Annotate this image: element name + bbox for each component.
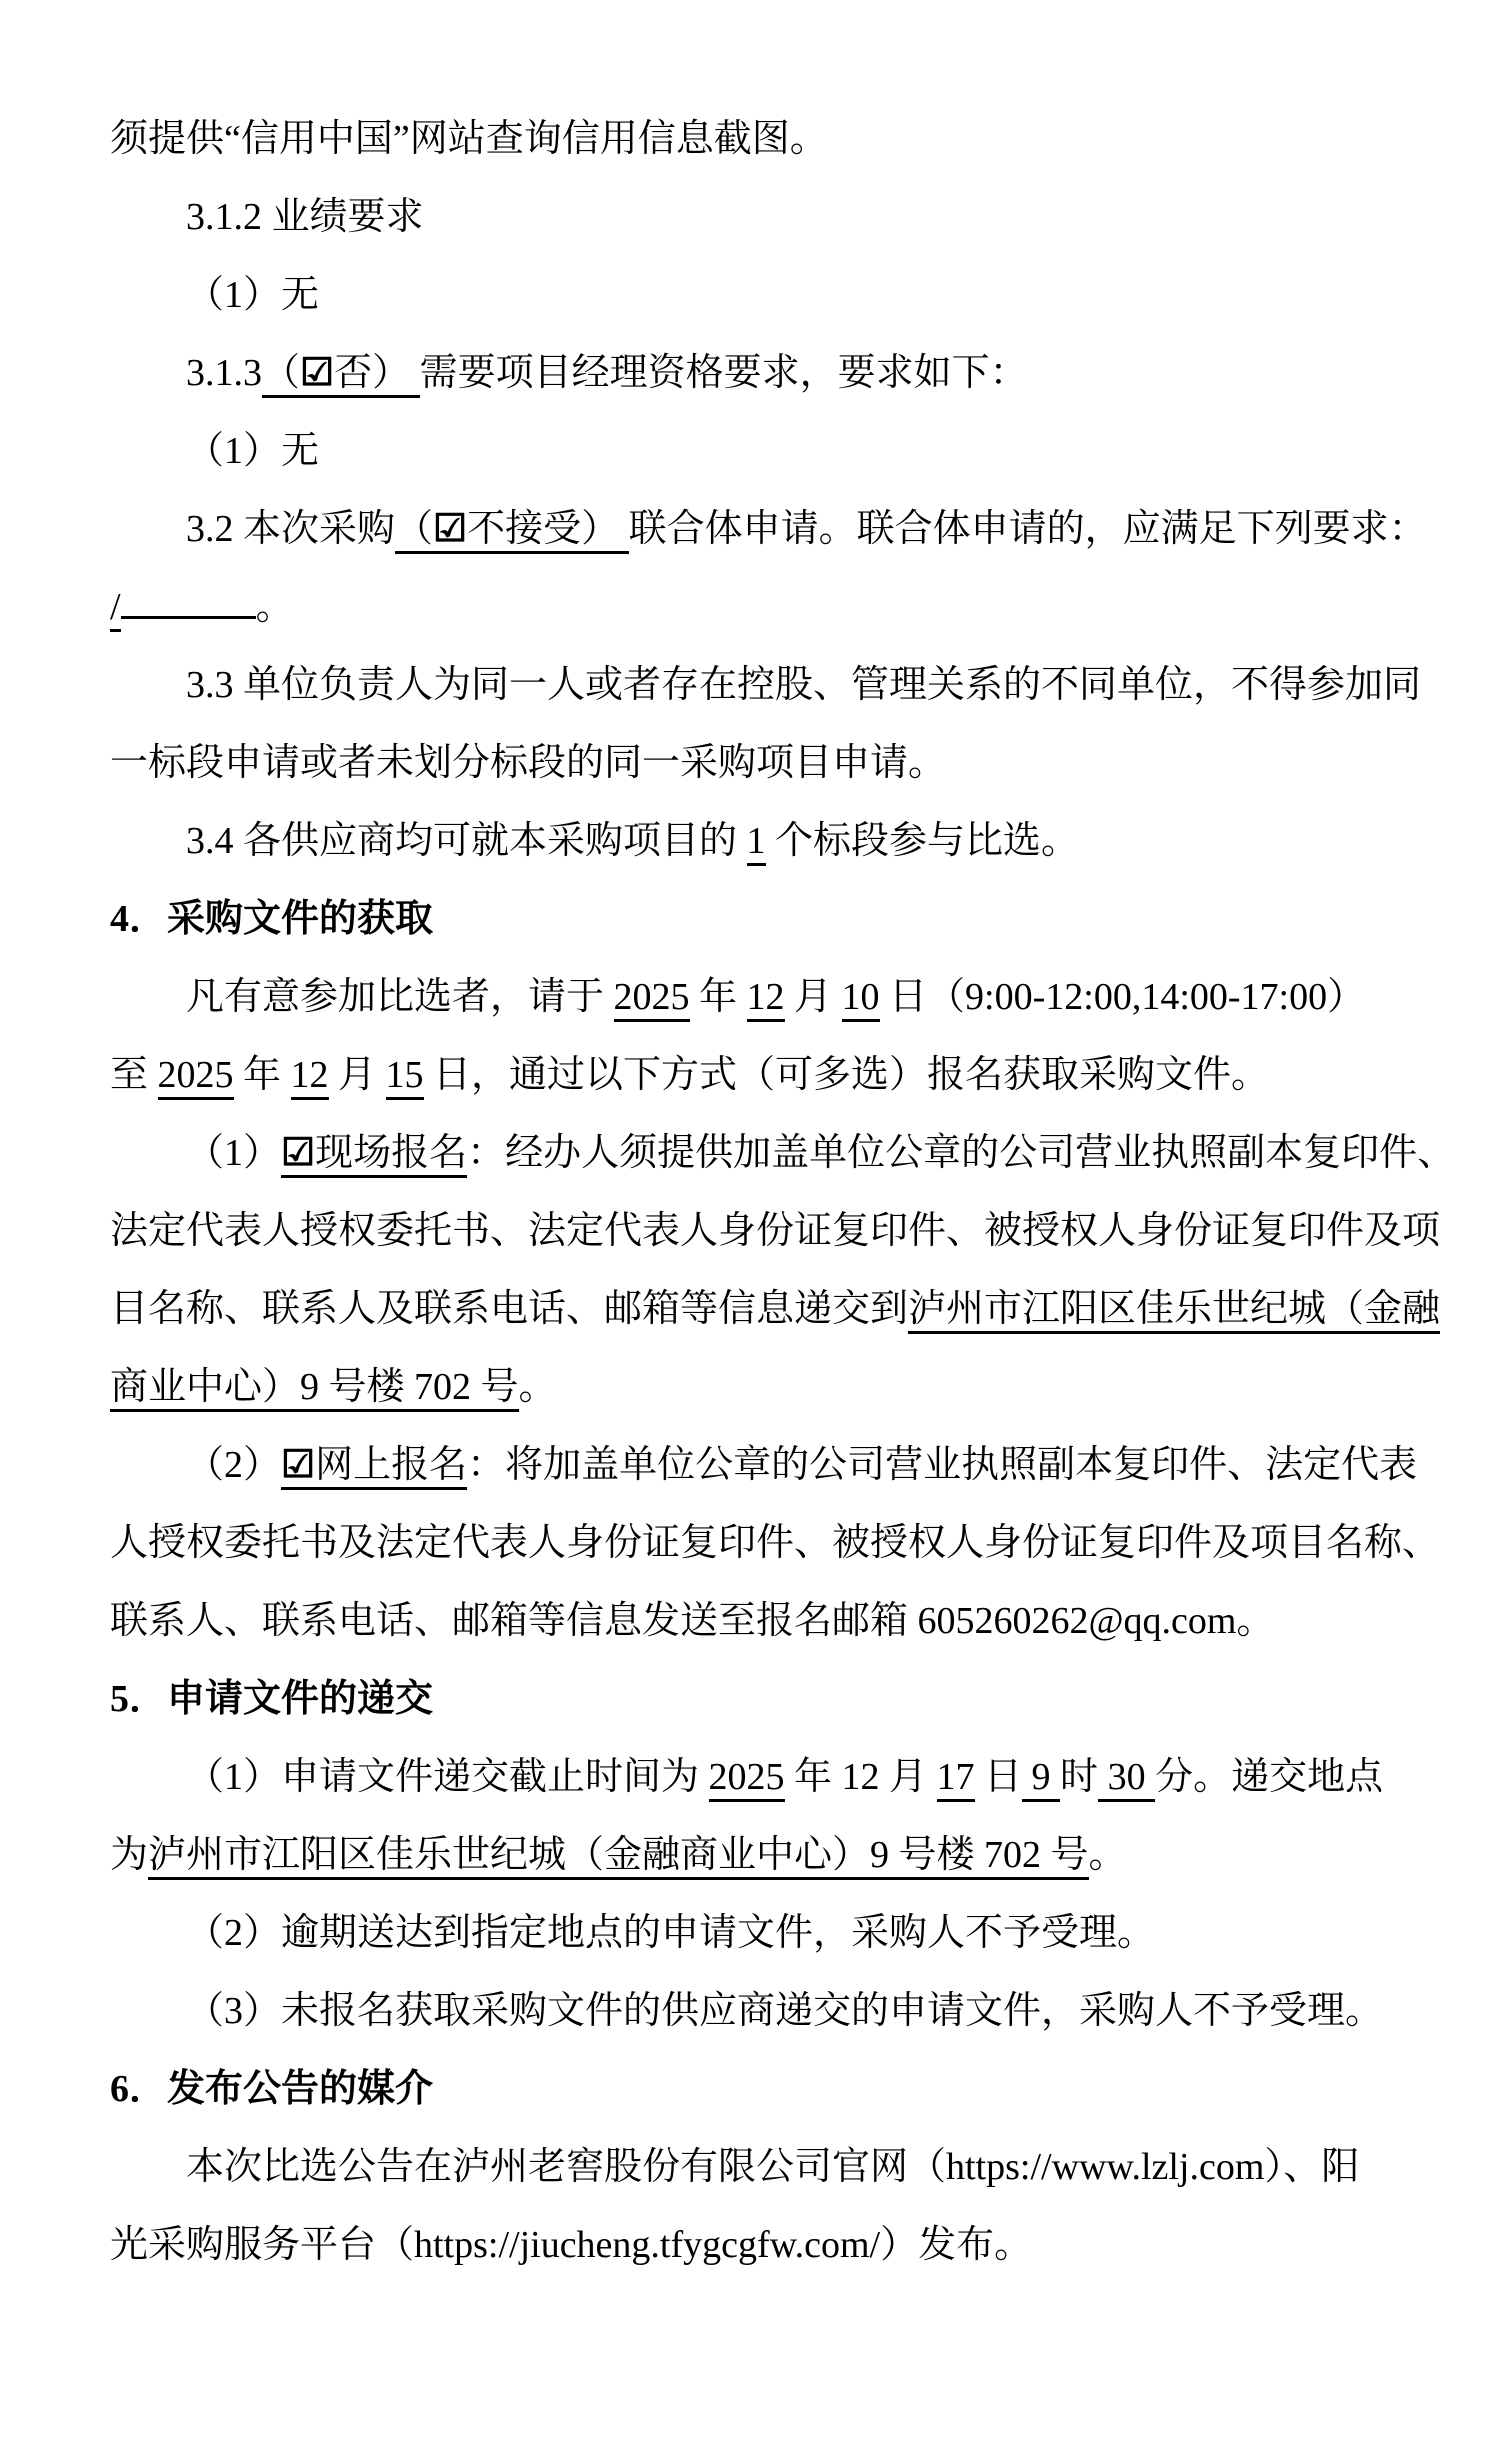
text-line: 人授权委托书及法定代表人身份证复印件、被授权人身份证复印件及项目名称、: [110, 1504, 1442, 1582]
text-segment: 月: [785, 976, 842, 1018]
checkbox-checked-icon: ☑: [281, 1444, 315, 1490]
text-segment: 3.2 本次采购: [186, 508, 395, 550]
underlined-text: 泸州市江阳区佳乐世纪城（金融商业中心）9 号楼 702 号: [148, 1834, 1089, 1880]
text-segment: 3.4 各供应商均可就本采购项目的: [186, 820, 747, 862]
text-segment: 法定代表人授权委托书、法定代表人身份证复印件、被授权人身份证复印件及项: [110, 1210, 1440, 1252]
underlined-text: 现场报名: [315, 1132, 467, 1178]
text-segment: 凡有意参加比选者，请于: [186, 976, 614, 1018]
text-line: 本次比选公告在泸州老窖股份有限公司官网（https://www.lzlj.com…: [110, 2128, 1442, 2206]
text-segment: 本次比选公告在泸州老窖股份有限公司官网（https://www.lzlj.com…: [186, 2146, 1359, 2188]
underlined-text: 2025: [158, 1054, 234, 1100]
text-segment: 联合体申请。联合体申请的，应满足下列要求：: [629, 508, 1427, 550]
text-segment: 年: [234, 1054, 291, 1096]
text-line: 须提供“信用中国”网站查询信用信息截图。: [110, 100, 1442, 178]
document-page: 须提供“信用中国”网站查询信用信息截图。3.1.2 业绩要求（1）无3.1.3（…: [0, 0, 1500, 2438]
text-segment: 个标段参与比选。: [766, 820, 1080, 862]
text-line: 3.4 各供应商均可就本采购项目的 1 个标段参与比选。: [110, 802, 1442, 880]
section-heading: 6．发布公告的媒介: [110, 2050, 1442, 2128]
underlined-text: 9: [1022, 1756, 1060, 1802]
underlined-text: （: [262, 352, 300, 398]
underlined-text: 泸州市江阳区佳乐世纪城（金融: [908, 1288, 1440, 1334]
text-segment: 目名称、联系人及联系电话、邮箱等信息递交到: [110, 1288, 908, 1330]
text-segment: 3.1.2 业绩要求: [186, 196, 424, 238]
text-segment: 需要项目经理资格要求，要求如下：: [420, 352, 1028, 394]
text-segment: 。: [519, 1366, 557, 1408]
text-line: 光采购服务平台（https://jiucheng.tfygcgfw.com/）发…: [110, 2206, 1442, 2284]
underlined-text: 1: [747, 820, 766, 866]
underlined-text: 网上报名: [315, 1444, 467, 1490]
text-segment: 6．发布公告的媒介: [110, 2068, 433, 2110]
text-segment: 一标段申请或者未划分标段的同一采购项目申请。: [110, 742, 946, 784]
text-line: 3.3 单位负责人为同一人或者存在控股、管理关系的不同单位，不得参加同: [110, 646, 1442, 724]
text-line: 为泸州市江阳区佳乐世纪城（金融商业中心）9 号楼 702 号。: [110, 1816, 1442, 1894]
text-line: （2）☑网上报名：将加盖单位公章的公司营业执照副本复印件、法定代表: [110, 1426, 1442, 1504]
text-segment: 年: [690, 976, 747, 1018]
text-line: 一标段申请或者未划分标段的同一采购项目申请。: [110, 724, 1442, 802]
text-line: 至 2025 年 12 月 15 日，通过以下方式（可多选）报名获取采购文件。: [110, 1036, 1442, 1114]
text-segment: （3）未报名获取采购文件的供应商递交的申请文件，采购人不予受理。: [186, 1990, 1383, 2032]
underlined-text: 10: [842, 976, 880, 1022]
text-line: （1）☑现场报名：经办人须提供加盖单位公章的公司营业执照副本复印件、: [110, 1114, 1442, 1192]
text-segment: 人授权委托书及法定代表人身份证复印件、被授权人身份证复印件及项目名称、: [110, 1522, 1440, 1564]
underlined-text: 15: [386, 1054, 424, 1100]
text-segment: 日，通过以下方式（可多选）报名获取采购文件。: [424, 1054, 1270, 1096]
text-segment: ：将加盖单位公章的公司营业执照副本复印件、法定代表: [467, 1444, 1417, 1486]
text-segment: 3.3 单位负责人为同一人或者存在控股、管理关系的不同单位，不得参加同: [186, 664, 1421, 706]
text-line: 商业中心）9 号楼 702 号。: [110, 1348, 1442, 1426]
text-segment: （1）申请文件递交截止时间为: [186, 1756, 709, 1798]
text-line: 3.1.2 业绩要求: [110, 178, 1442, 256]
text-segment: 3.1.3: [186, 352, 262, 394]
checkbox-checked-icon: ☑: [281, 1132, 315, 1178]
text-segment: 。: [1089, 1834, 1127, 1876]
text-segment: （1）无: [186, 274, 319, 316]
section-heading: 5．申请文件的递交: [110, 1660, 1442, 1738]
text-segment: （1）: [186, 1132, 281, 1174]
underlined-text: 2025: [614, 976, 690, 1022]
underlined-text: 12: [291, 1054, 329, 1100]
text-line: 目名称、联系人及联系电话、邮箱等信息递交到泸州市江阳区佳乐世纪城（金融: [110, 1270, 1442, 1348]
text-segment: 年 12 月: [785, 1756, 937, 1798]
text-line: （2）逾期送达到指定地点的申请文件，采购人不予受理。: [110, 1894, 1442, 1972]
text-line: 3.1.3（☑否） 需要项目经理资格要求，要求如下：: [110, 334, 1442, 412]
text-line: （1）无: [110, 412, 1442, 490]
text-segment: 为: [110, 1834, 148, 1876]
underlined-text: 2025: [709, 1756, 785, 1802]
text-line: 3.2 本次采购（☑不接受） 联合体申请。联合体申请的，应满足下列要求：: [110, 490, 1442, 568]
text-segment: 。: [256, 586, 294, 628]
underlined-text: 否）: [334, 352, 420, 398]
text-segment: ：经办人须提供加盖单位公章的公司营业执照副本复印件、: [467, 1132, 1455, 1174]
text-line: （1）申请文件递交截止时间为 2025 年 12 月 17 日 9 时 30 分…: [110, 1738, 1442, 1816]
text-line: 凡有意参加比选者，请于 2025 年 12 月 10 日（9:00-12:00,…: [110, 958, 1442, 1036]
underlined-text: 17: [937, 1756, 975, 1802]
section-heading: 4．采购文件的获取: [110, 880, 1442, 958]
text-segment: 日（9:00-12:00,14:00-17:00）: [880, 976, 1366, 1018]
text-segment: 4．采购文件的获取: [110, 898, 433, 940]
checkbox-checked-icon: ☑: [300, 352, 334, 398]
text-segment: 月: [329, 1054, 386, 1096]
text-segment: （2）逾期送达到指定地点的申请文件，采购人不予受理。: [186, 1912, 1155, 1954]
text-line: 联系人、联系电话、邮箱等信息发送至报名邮箱 605260262@qq.com。: [110, 1582, 1442, 1660]
text-segment: 联系人、联系电话、邮箱等信息发送至报名邮箱 605260262@qq.com。: [110, 1600, 1274, 1642]
underlined-text: 商业中心）9 号楼 702 号: [110, 1366, 519, 1412]
underlined-text: 30: [1098, 1756, 1155, 1802]
underlined-text: /: [110, 586, 121, 632]
text-segment: 5．申请文件的递交: [110, 1678, 433, 1720]
text-line: /。: [110, 568, 1442, 646]
text-segment: 光采购服务平台（https://jiucheng.tfygcgfw.com/）发…: [110, 2224, 1032, 2266]
text-segment: 至: [110, 1054, 158, 1096]
text-line: （3）未报名获取采购文件的供应商递交的申请文件，采购人不予受理。: [110, 1972, 1442, 2050]
underlined-text: 12: [747, 976, 785, 1022]
text-segment: 时: [1060, 1756, 1098, 1798]
text-line: （1）无: [110, 256, 1442, 334]
checkbox-checked-icon: ☑: [433, 508, 467, 554]
text-line: 法定代表人授权委托书、法定代表人身份证复印件、被授权人身份证复印件及项: [110, 1192, 1442, 1270]
underlined-text: （: [395, 508, 433, 554]
text-segment: 日: [975, 1756, 1023, 1798]
underlined-text: 不接受）: [467, 508, 629, 554]
text-segment: （2）: [186, 1444, 281, 1486]
text-segment: 分。递交地点: [1155, 1756, 1383, 1798]
text-segment: 须提供“信用中国”网站查询信用信息截图。: [110, 118, 828, 160]
document-body: 须提供“信用中国”网站查询信用信息截图。3.1.2 业绩要求（1）无3.1.3（…: [0, 0, 1500, 2438]
blank-underline: [121, 578, 256, 619]
text-segment: （1）无: [186, 430, 319, 472]
